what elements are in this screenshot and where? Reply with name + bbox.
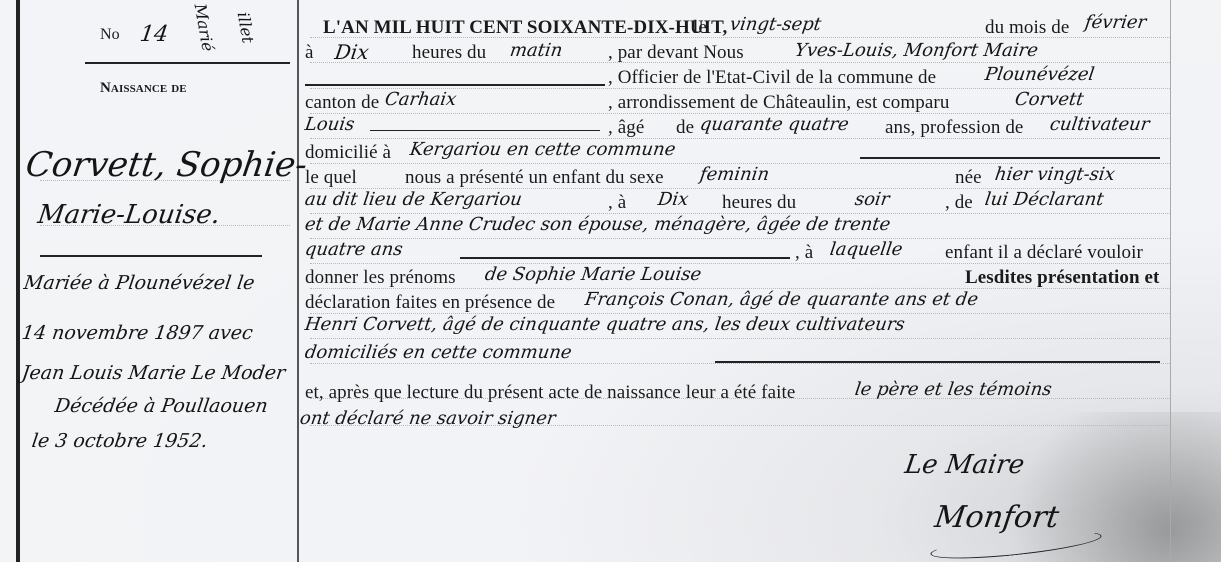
margin-separator	[40, 255, 262, 257]
birth-period-handwritten: soir	[854, 189, 891, 210]
officer-name-handwritten: Yves-Louis, Monfort Maire	[794, 40, 1040, 61]
signers-handwritten: le père et les témoins	[854, 379, 1054, 400]
printed-text: à	[305, 42, 314, 64]
margin-divider	[297, 0, 299, 562]
marriage-note-line1: Mariée à Plounévézel le	[22, 272, 256, 294]
mother-age-handwritten: quatre ans	[304, 239, 405, 260]
printed-text: , par devant Nous	[608, 42, 744, 64]
residence-handwritten: Kergariou en cette commune	[409, 139, 677, 160]
marriage-note-line3: Jean Louis Marie Le Moder	[20, 362, 286, 384]
father-firstname-handwritten: Louis	[304, 114, 356, 135]
printed-text: Lesdites présentation et	[965, 267, 1160, 289]
commune-handwritten: Plounévézel	[984, 64, 1096, 85]
child-sex-handwritten: feminin	[699, 164, 771, 185]
printed-text: , à	[608, 192, 626, 214]
printed-text: , de	[945, 192, 973, 214]
right-rule	[1170, 0, 1171, 562]
father-surname-handwritten: Corvett	[1014, 89, 1085, 110]
printed-text: , arrondissement de Châteaulin, est comp…	[608, 92, 949, 114]
printed-text: , Officier de l'Etat-Civil de la commune…	[608, 67, 936, 89]
day-handwritten: vingt-sept	[729, 14, 823, 35]
father-age-handwritten: quarante quatre	[699, 114, 851, 135]
canton-handwritten: Carhaix	[384, 89, 458, 110]
father-declarant-handwritten: lui Déclarant	[984, 189, 1106, 210]
death-note-line2: le 3 octobre 1952.	[30, 430, 209, 452]
top-margin-note-1: illet	[234, 10, 258, 44]
printed-text: , à	[795, 242, 813, 264]
printed-text: heures du	[722, 192, 796, 214]
record-number: 14	[138, 22, 170, 47]
hour-handwritten: Dix	[333, 40, 370, 64]
left-binding-edge	[16, 0, 20, 562]
record-year-heading: L'AN MIL HUIT CENT SOIXANTE-DIX-HUIT,	[323, 17, 727, 39]
number-label: No	[100, 26, 120, 44]
naissance-de-title: Naissance de	[100, 80, 187, 97]
month-handwritten: février	[1084, 12, 1148, 33]
mayor-signature: Monfort	[933, 500, 1062, 535]
printed-text: déclaration faites en présence de	[305, 292, 555, 314]
number-underline	[85, 62, 290, 64]
witness-residence-handwritten: domiciliés en cette commune	[304, 342, 574, 363]
time-of-day-handwritten: matin	[509, 40, 564, 61]
printed-text: nous a présenté un enfant du sexe	[405, 167, 664, 189]
child-name-line2: Marie-Louise.	[36, 200, 222, 230]
printed-text: le	[693, 17, 707, 39]
birth-day-handwritten: hier vingt-six	[994, 164, 1117, 185]
printed-text: , âgé	[608, 117, 644, 139]
given-names-handwritten: de Sophie Marie Louise	[484, 264, 703, 285]
printed-text: le quel	[305, 167, 357, 189]
mother-handwritten: et de Marie Anne Crudec son épouse, ména…	[304, 214, 892, 235]
birth-hour-handwritten: Dix	[657, 189, 690, 210]
witness2-handwritten: Henri Corvett, âgé de cinquante quatre a…	[304, 314, 907, 335]
death-note-line1: Décédée à Poullaouen	[53, 395, 269, 417]
printed-text: du mois de	[985, 17, 1069, 39]
child-name-line1: Corvett, Sophie-	[23, 145, 310, 185]
printed-text: domicilié à	[305, 142, 391, 164]
printed-text: heures du	[412, 42, 486, 64]
birth-record-page: No 14 illet Marié Naissance de Corvett, …	[0, 0, 1221, 562]
printed-text: enfant il a déclaré vouloir	[945, 242, 1143, 264]
top-margin-note-2: Marié	[191, 2, 218, 53]
printed-text: et, après que lecture du présent acte de…	[305, 382, 795, 404]
cannot-sign-handwritten: ont déclaré ne savoir signer	[299, 408, 557, 429]
printed-text: donner les prénoms	[305, 267, 456, 289]
witness1-handwritten: François Conan, âgé de quarante ans et d…	[584, 289, 980, 310]
birth-place-handwritten: au dit lieu de Kergariou	[304, 189, 524, 210]
mayor-title-handwritten: Le Maire	[903, 450, 1026, 480]
printed-text: canton de	[305, 92, 379, 114]
printed-text: née	[955, 167, 982, 189]
laquelle-handwritten: laquelle	[829, 239, 904, 260]
printed-text: ans, profession de	[885, 117, 1023, 139]
father-profession-handwritten: cultivateur	[1049, 114, 1151, 135]
marriage-note-line2: 14 novembre 1897 avec	[20, 322, 254, 344]
printed-text: de	[676, 117, 694, 139]
